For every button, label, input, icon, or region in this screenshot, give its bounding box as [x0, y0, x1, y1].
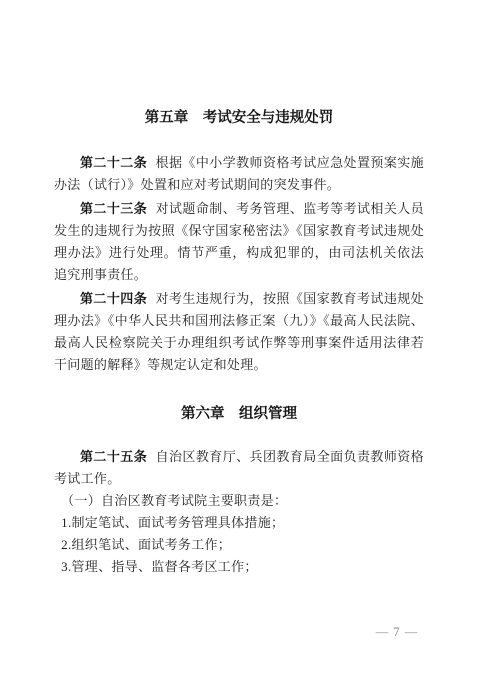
article-number: 第二十四条: [80, 291, 147, 306]
article-number: 第二十二条: [80, 155, 147, 170]
document-content: 第五章 考试安全与违规处罚第二十二条根据《中小学教师资格考试应急处置预案实施办法…: [54, 0, 424, 578]
paragraph-text: 3.管理、指导、监督各考区工作；: [61, 559, 258, 574]
paragraph: （一）自治区教育考试院主要职责是：: [54, 490, 424, 512]
paragraph: 2.组织笔试、面试考务工作；: [54, 534, 424, 556]
paragraph: 第二十五条自治区教育厅、兵团教育局全面负责教师资格考试工作。: [54, 446, 424, 490]
chapter-heading: 第六章 组织管理: [54, 403, 424, 425]
article-number: 第二十三条: [80, 201, 147, 216]
document-page: 第五章 考试安全与违规处罚第二十二条根据《中小学教师资格考试应急处置预案实施办法…: [0, 0, 478, 676]
paragraph: 第二十二条根据《中小学教师资格考试应急处置预案实施办法（试行）》处置和应对考试期…: [54, 152, 424, 196]
chapter-heading: 第五章 考试安全与违规处罚: [54, 107, 424, 129]
paragraph: 第二十四条对考生违规行为，按照《国家教育考试违规处理办法》《中华人民共和国刑法修…: [54, 288, 424, 376]
chapter-section: 第六章 组织管理第二十五条自治区教育厅、兵团教育局全面负责教师资格考试工作。（一…: [54, 403, 424, 578]
paragraph-text: 2.组织笔试、面试考务工作；: [61, 537, 231, 552]
paragraph: 1.制定笔试、面试考务管理具体措施；: [54, 512, 424, 534]
paragraph: 第二十三条对试题命制、考务管理、监考等考试相关人员发生的违规行为按照《保守国家秘…: [54, 198, 424, 286]
article-number: 第二十五条: [80, 449, 147, 464]
paragraph-text: 1.制定笔试、面试考务管理具体措施；: [61, 515, 284, 530]
paragraph: 3.管理、指导、监督各考区工作；: [54, 556, 424, 578]
chapter-section: 第五章 考试安全与违规处罚第二十二条根据《中小学教师资格考试应急处置预案实施办法…: [54, 107, 424, 376]
page-number: — 7 —: [371, 624, 423, 640]
paragraph-text: （一）自治区教育考试院主要职责是：: [61, 493, 287, 508]
